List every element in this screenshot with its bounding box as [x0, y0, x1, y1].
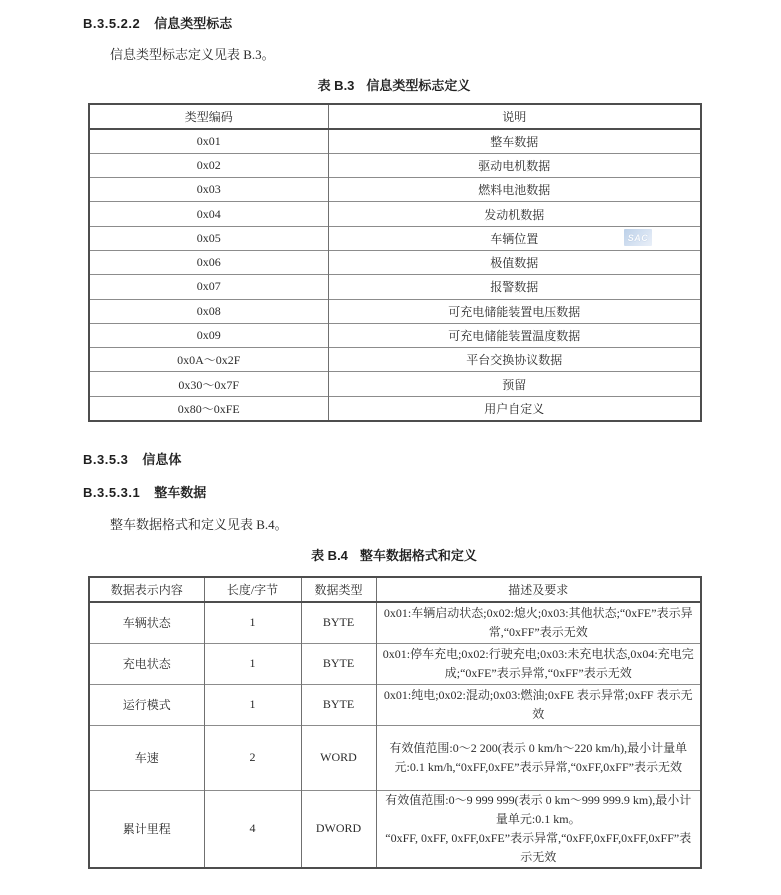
cell-description: 可充电储能装置温度数据: [328, 323, 701, 347]
table-row: 车速 2 WORD 有效值范围:0～2 200(表示 0 km/h～220 km…: [89, 725, 701, 790]
paragraph-b3522: 信息类型标志定义见表 B.3。: [110, 44, 275, 63]
cell-requirements: 0x01:停车充电;0x02:行驶充电;0x03:未充电状态,0x04:充电完成…: [376, 643, 701, 684]
table-row: 0x03燃料电池数据: [89, 178, 701, 202]
table-row: 充电状态 1 BYTE 0x01:停车充电;0x02:行驶充电;0x03:未充电…: [89, 643, 701, 684]
section-title: 整车数据: [154, 485, 206, 500]
cell-description: 燃料电池数据: [328, 178, 701, 202]
table-row: 0x06极值数据: [89, 250, 701, 274]
cell-length: 2: [204, 725, 301, 790]
section-number: B.3.5.3.1: [83, 485, 140, 500]
cell-content: 车辆状态: [89, 602, 204, 643]
paragraph-b3531: 整车数据格式和定义见表 B.4。: [110, 514, 288, 533]
cell-type-code: 0x04: [89, 202, 328, 226]
table-b3-caption-title: 信息类型标志定义: [366, 78, 470, 93]
table-row: 累计里程 4 DWORD 有效值范围:0～9 999 999(表示 0 km～9…: [89, 790, 701, 868]
cell-type-code: 0x07: [89, 275, 328, 299]
cell-description: 预留: [328, 372, 701, 396]
table-b4: 数据表示内容 长度/字节 数据类型 描述及要求 车辆状态 1 BYTE 0x01…: [88, 576, 702, 869]
cell-datatype: BYTE: [301, 684, 376, 725]
section-heading-b353: B.3.5.3信息体: [83, 449, 181, 468]
cell-type-code: 0x09: [89, 323, 328, 347]
cell-description: 可充电储能装置电压数据: [328, 299, 701, 323]
cell-length: 1: [204, 643, 301, 684]
section-number: B.3.5.3: [83, 452, 128, 467]
table-row: 运行模式 1 BYTE 0x01:纯电;0x02:混动;0x03:燃油;0xFE…: [89, 684, 701, 725]
cell-datatype: BYTE: [301, 602, 376, 643]
section-number: B.3.5.2.2: [83, 16, 140, 31]
table-row: 车辆状态 1 BYTE 0x01:车辆启动状态;0x02:熄火;0x03:其他状…: [89, 602, 701, 643]
table-b4-caption-label: 表 B.4: [311, 548, 348, 563]
document-page: B.3.5.2.2信息类型标志 信息类型标志定义见表 B.3。 表 B.3信息类…: [0, 0, 781, 895]
cell-description: 平台交换协议数据: [328, 348, 701, 372]
header-cell-datatype: 数据类型: [301, 577, 376, 602]
table-b4-header-row: 数据表示内容 长度/字节 数据类型 描述及要求: [89, 577, 701, 602]
table-row: 0x09可充电储能装置温度数据: [89, 323, 701, 347]
table-b4-caption-title: 整车数据格式和定义: [360, 548, 477, 563]
cell-description: 极值数据: [328, 250, 701, 274]
cell-type-code: 0x05: [89, 226, 328, 250]
table-b3-caption-label: 表 B.3: [318, 78, 355, 93]
table-row: 0x07报警数据: [89, 275, 701, 299]
table-row: 0x01整车数据: [89, 129, 701, 153]
cell-type-code: 0x02: [89, 153, 328, 177]
cell-description: 报警数据: [328, 275, 701, 299]
table-row: 0x02驱动电机数据: [89, 153, 701, 177]
cell-length: 4: [204, 790, 301, 868]
header-cell-description: 说明: [328, 104, 701, 129]
table-row: 0x80～0xFE用户自定义: [89, 396, 701, 420]
cell-content: 车速: [89, 725, 204, 790]
header-cell-length: 长度/字节: [204, 577, 301, 602]
table-row: 0x04发动机数据: [89, 202, 701, 226]
cell-type-code: 0x06: [89, 250, 328, 274]
table-b3: 类型编码 说明 0x01整车数据 0x02驱动电机数据 0x03燃料电池数据 0…: [88, 103, 702, 422]
cell-description: 驱动电机数据: [328, 153, 701, 177]
cell-type-code: 0x08: [89, 299, 328, 323]
cell-description: 整车数据: [328, 129, 701, 153]
cell-type-code: 0x03: [89, 178, 328, 202]
section-title: 信息类型标志: [154, 16, 232, 31]
table-b3-header-row: 类型编码 说明: [89, 104, 701, 129]
section-heading-b3531: B.3.5.3.1整车数据: [83, 482, 206, 501]
table-row: 0x05车辆位置: [89, 226, 701, 250]
cell-description: 用户自定义: [328, 396, 701, 420]
cell-length: 1: [204, 684, 301, 725]
table-row: 0x30～0x7F预留: [89, 372, 701, 396]
header-cell-type-code: 类型编码: [89, 104, 328, 129]
cell-type-code: 0x80～0xFE: [89, 396, 328, 420]
cell-type-code: 0x0A～0x2F: [89, 348, 328, 372]
cell-content: 充电状态: [89, 643, 204, 684]
cell-requirements: 0x01:纯电;0x02:混动;0x03:燃油;0xFE 表示异常;0xFF 表…: [376, 684, 701, 725]
cell-content: 累计里程: [89, 790, 204, 868]
cell-datatype: BYTE: [301, 643, 376, 684]
cell-type-code: 0x30～0x7F: [89, 372, 328, 396]
cell-type-code: 0x01: [89, 129, 328, 153]
cell-description: 发动机数据: [328, 202, 701, 226]
cell-requirements: 有效值范围:0～2 200(表示 0 km/h～220 km/h),最小计量单元…: [376, 725, 701, 790]
header-cell-content: 数据表示内容: [89, 577, 204, 602]
cell-requirements: 0x01:车辆启动状态;0x02:熄火;0x03:其他状态;“0xFE”表示异常…: [376, 602, 701, 643]
section-heading-b3522: B.3.5.2.2信息类型标志: [83, 13, 232, 32]
cell-content: 运行模式: [89, 684, 204, 725]
cell-datatype: WORD: [301, 725, 376, 790]
table-row: 0x0A～0x2F平台交换协议数据: [89, 348, 701, 372]
cell-length: 1: [204, 602, 301, 643]
cell-requirements: 有效值范围:0～9 999 999(表示 0 km～999 999.9 km),…: [376, 790, 701, 868]
sac-watermark: SAC: [624, 229, 652, 246]
header-cell-requirements: 描述及要求: [376, 577, 701, 602]
table-b3-caption: 表 B.3信息类型标志定义: [88, 75, 700, 94]
section-title: 信息体: [142, 452, 181, 467]
table-b4-caption: 表 B.4整车数据格式和定义: [88, 545, 700, 564]
cell-datatype: DWORD: [301, 790, 376, 868]
table-row: 0x08可充电储能装置电压数据: [89, 299, 701, 323]
